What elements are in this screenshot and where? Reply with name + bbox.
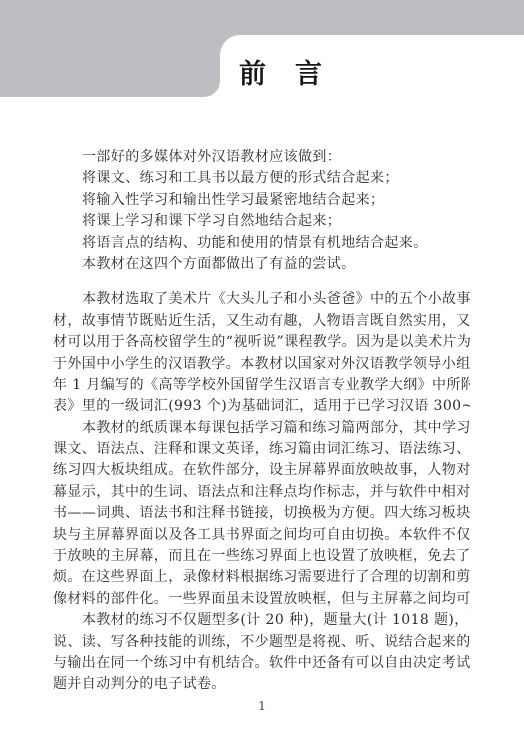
text-line: 将课上学习和课下学习自然地结合起来； <box>53 211 470 232</box>
header-title-card: 前 言 <box>220 35 524 130</box>
intro-block: 一部好的多媒体对外汉语教材应该做到：将课文、练习和工具书以最方便的形式结合起来；… <box>53 147 470 275</box>
text-line: 块与主屏幕界面以及各工具书界面之间均可自由切换。本软件不仅设有专门用 <box>53 525 470 546</box>
text-line: 本教材的练习不仅题型多(计 20 种)，题量大(计 1018 题)，而且涉及了听… <box>53 610 470 631</box>
text-line: 将课文、练习和工具书以最方便的形式结合起来； <box>53 168 470 189</box>
text-line: 题并自动判分的电子试卷。 <box>53 674 470 695</box>
text-line: 本教材选取了美术片《大头儿子和小头爸爸》中的五个小故事作为学习素 <box>53 289 470 310</box>
text-line: 像材料的部件化。一些界面虽未设置放映框，但与主屏幕之间均可以自由切换。 <box>53 589 470 610</box>
page-number: 1 <box>0 698 524 713</box>
header-gray-band <box>0 0 220 97</box>
book-page: 前 言 一部好的多媒体对外汉语教材应该做到：将课文、练习和工具书以最方便的形式结… <box>0 0 524 737</box>
text-line: 课文、语法点、注释和课文英译，练习篇由词汇练习、语法练习、理解练习和表达 <box>53 439 470 460</box>
text-line: 表》里的一级词汇(993 个)为基础词汇，适用于已学习汉语 300~400 学时… <box>53 396 470 417</box>
text-line: 一部好的多媒体对外汉语教材应该做到： <box>53 147 470 168</box>
paragraph: 本教材的纸质课本每课包括学习篇和练习篇两部分，其中学习篇包括词汇、课文、语法点、… <box>53 418 470 611</box>
text-line: 将输入性学习和输出性学习最紧密地结合起来； <box>53 190 470 211</box>
text-line: 本教材在这四个方面都做出了有益的尝试。 <box>53 254 470 275</box>
body-text: 一部好的多媒体对外汉语教材应该做到：将课文、练习和工具书以最方便的形式结合起来；… <box>53 147 470 696</box>
text-line: 练习四大板块组成。在软件部分，设主屏幕界面放映故事，人物对话即课文由字 <box>53 460 470 481</box>
text-line: 书——词典、语法书和注释书链接，切换极为方便。四大练习板块之间，各练习板 <box>53 503 470 524</box>
paragraph: 本教材的练习不仅题型多(计 20 种)，题量大(计 1018 题)，而且涉及了听… <box>53 610 470 696</box>
text-line: 年 1 月编写的《高等学校外国留学生汉语言专业教学大纲》中所附《一年级词汇 <box>53 375 470 396</box>
text-line: 烦。在这些界面上，录像材料根据练习需要进行了合理的切割和剪裁，实现了录 <box>53 567 470 588</box>
paragraph: 本教材选取了美术片《大头儿子和小头爸爸》中的五个小故事作为学习素材，故事情节既贴… <box>53 289 470 417</box>
page-title: 前 言 <box>239 52 323 91</box>
text-line: 与输出在同一个练习中有机结合。软件中还备有可以自由决定考试范围、随机组 <box>53 653 470 674</box>
text-line: 于放映的主屏幕，而且在一些练习界面上也设置了放映框，免去了来回切换的麻 <box>53 546 470 567</box>
text-line: 将语言点的结构、功能和使用的情景有机地结合起来。 <box>53 233 470 254</box>
text-line: 本教材的纸质课本每课包括学习篇和练习篇两部分，其中学习篇包括词汇、 <box>53 418 470 439</box>
text-line: 说、读、写各种技能的训练，不少题型是将视、听、说结合起来的综合性练习，输入 <box>53 632 470 653</box>
text-line: 材可以用于各高校留学生的“视听说”课程教学。因为是以美术片为素材，也可用 <box>53 332 470 353</box>
text-line: 材，故事情节既贴近生活，又生动有趣，人物语言既自然实用，又幽默诙谐。本教 <box>53 311 470 332</box>
text-line: 于外国中小学生的汉语教学。本教材以国家对外汉语教学领导小组办公室 2002 <box>53 354 470 375</box>
text-line: 幕显示，其中的生词、语法点和注释点均作标志，并与软件中相对应的三个工具 <box>53 482 470 503</box>
